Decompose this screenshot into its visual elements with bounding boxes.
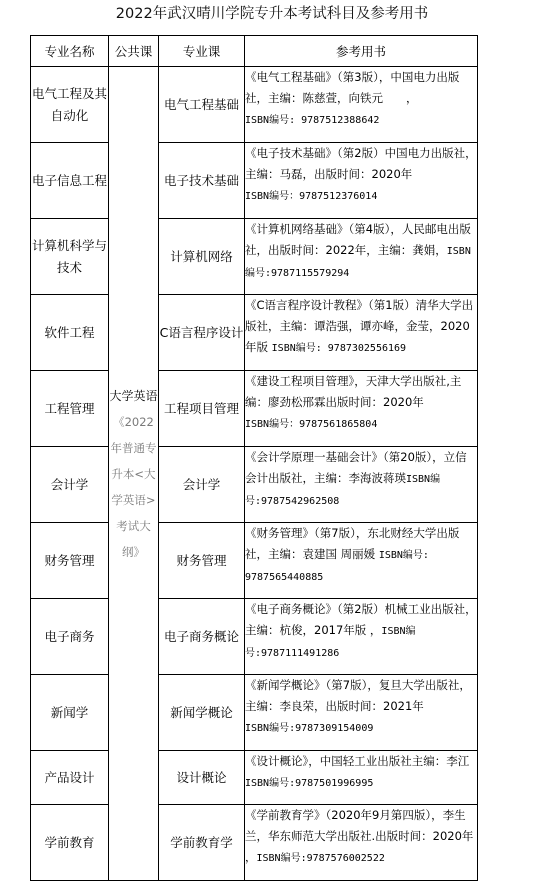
exam-subjects-table: 专业名称 公共课 专业课 参考用书 电气工程及其自动化 大学英语 《2022年普… xyxy=(30,35,478,881)
major-name: 电子商务 xyxy=(31,599,109,675)
reference-book-text: 《电子商务概论》（第2版）机械工业出版社，主编：杭俊，2017年版 ， xyxy=(245,602,477,637)
major-course: 电子商务概论 xyxy=(159,599,245,675)
reference-book-text: 《电气工程基础》（第3版），中国电力出版社，主编：陈慈萱，向铁元 ， xyxy=(245,70,459,105)
table-row: 产品设计 设计概论 《设计概论》，中国轻工业出版社主编：李江ISBN编号:978… xyxy=(31,751,478,805)
reference-book: 《C语言程序设计教程》（第1版）清华大学出版社，主编：谭浩强，谭亦峰，金莹，20… xyxy=(245,295,478,371)
isbn: ISBN编号：9787561865804 xyxy=(245,419,377,430)
major-course: 设计概论 xyxy=(159,751,245,805)
reference-book: 《电子商务概论》（第2版）机械工业出版社，主编：杭俊，2017年版 ，ISBN编… xyxy=(245,599,478,675)
reference-book: 《电气工程基础》（第3版），中国电力出版社，主编：陈慈萱，向铁元 ，ISBN编号… xyxy=(245,67,478,143)
table-row: 会计学 会计学 《会计学原理一基础会计》（第20版），立信会计出版社，主编：李海… xyxy=(31,447,478,523)
header-public-course: 公共课 xyxy=(109,36,159,67)
public-course-syllabus: 《2022年普通专升本<大学英语>考试大纲》 xyxy=(109,409,158,565)
reference-book-text: 《电子技术基础》（第2版）中国电力出版社，主编：马磊，出版时间：2020年 xyxy=(245,146,477,181)
table-row: 财务管理 财务管理 《财务管理》（第7版），东北财经大学出版社，主编：袁建国 周… xyxy=(31,523,478,599)
reference-book: 《学前教育学》（2020年9月第四版），李生兰，华东师范大学出版社.出版时间：2… xyxy=(245,805,478,881)
major-name: 学前教育 xyxy=(31,805,109,881)
isbn: ISBN编号:9787576002522 xyxy=(257,853,385,864)
major-course: 工程项目管理 xyxy=(159,371,245,447)
reference-book: 《新闻学概论》（第7版），复旦大学出版社，主编：李良荣，出版时间：2021年IS… xyxy=(245,675,478,751)
major-name: 计算机科学与技术 xyxy=(31,219,109,295)
reference-book: 《设计概论》，中国轻工业出版社主编：李江ISBN编号:9787501996995 xyxy=(245,751,478,805)
major-name: 会计学 xyxy=(31,447,109,523)
table-row: 电子商务 电子商务概论 《电子商务概论》（第2版）机械工业出版社，主编：杭俊，2… xyxy=(31,599,478,675)
major-name: 电子信息工程 xyxy=(31,143,109,219)
major-name: 电气工程及其自动化 xyxy=(31,67,109,143)
table-row: 电子信息工程 电子技术基础 《电子技术基础》（第2版）中国电力出版社，主编：马磊… xyxy=(31,143,478,219)
major-course: 学前教育学 xyxy=(159,805,245,881)
major-course: 财务管理 xyxy=(159,523,245,599)
major-course: C语言程序设计 xyxy=(159,295,245,371)
isbn: ISBN编号: 9787512388642 xyxy=(245,115,379,126)
table-row: 学前教育 学前教育学 《学前教育学》（2020年9月第四版），李生兰，华东师范大… xyxy=(31,805,478,881)
reference-book: 《财务管理》（第7版），东北财经大学出版社，主编：袁建国 周丽媛 ISBN编号:… xyxy=(245,523,478,599)
table-row: 工程管理 工程项目管理 《建设工程项目管理》，天津大学出版社,主编：廖劲松邢霖出… xyxy=(31,371,478,447)
isbn: ISBN编号：9787512376014 xyxy=(245,191,377,202)
major-name: 工程管理 xyxy=(31,371,109,447)
major-course: 会计学 xyxy=(159,447,245,523)
reference-book: 《会计学原理一基础会计》（第20版），立信会计出版社，主编：李海波蒋瑛ISBN编… xyxy=(245,447,478,523)
reference-book-text: 《新闻学概论》（第7版），复旦大学出版社，主编：李良荣，出版时间：2021年 xyxy=(245,678,471,713)
isbn: ISBN编号:9787501996995 xyxy=(245,778,373,789)
table-header-row: 专业名称 公共课 专业课 参考用书 xyxy=(31,36,478,67)
reference-book-text: 《计算机网络基础》（第4版），人民邮电出版社，出版时间：2022年，主编：龚娟， xyxy=(245,222,471,257)
major-name: 财务管理 xyxy=(31,523,109,599)
major-name: 新闻学 xyxy=(31,675,109,751)
header-major-course: 专业课 xyxy=(159,36,245,67)
table-row: 电气工程及其自动化 大学英语 《2022年普通专升本<大学英语>考试大纲》 电气… xyxy=(31,67,478,143)
reference-book: 《计算机网络基础》（第4版），人民邮电出版社，出版时间：2022年，主编：龚娟，… xyxy=(245,219,478,295)
public-course-name: 大学英语 xyxy=(109,383,158,409)
table-row: 新闻学 新闻学概论 《新闻学概论》（第7版），复旦大学出版社，主编：李良荣，出版… xyxy=(31,675,478,751)
isbn: ISBN编号:9787309154009 xyxy=(245,723,373,734)
document-title: 2022年武汉晴川学院专升本考试科目及参考用书 xyxy=(0,4,544,24)
header-reference-books: 参考用书 xyxy=(245,36,478,67)
header-major: 专业名称 xyxy=(31,36,109,67)
isbn: ISBN编号: 9787302556169 xyxy=(272,343,406,354)
major-course: 电子技术基础 xyxy=(159,143,245,219)
major-name: 产品设计 xyxy=(31,751,109,805)
major-name: 软件工程 xyxy=(31,295,109,371)
reference-book-text: 《建设工程项目管理》，天津大学出版社,主编：廖劲松邢霖出版时间：2020年 xyxy=(245,374,461,409)
table-row: 软件工程 C语言程序设计 《C语言程序设计教程》（第1版）清华大学出版社，主编：… xyxy=(31,295,478,371)
reference-book: 《建设工程项目管理》，天津大学出版社,主编：廖劲松邢霖出版时间：2020年ISB… xyxy=(245,371,478,447)
table-row: 计算机科学与技术 计算机网络 《计算机网络基础》（第4版），人民邮电出版社，出版… xyxy=(31,219,478,295)
public-course-cell: 大学英语 《2022年普通专升本<大学英语>考试大纲》 xyxy=(109,67,159,881)
reference-book-text: 《设计概论》，中国轻工业出版社主编：李江 xyxy=(245,754,469,768)
reference-book: 《电子技术基础》（第2版）中国电力出版社，主编：马磊，出版时间：2020年ISB… xyxy=(245,143,478,219)
major-course: 计算机网络 xyxy=(159,219,245,295)
major-course: 电气工程基础 xyxy=(159,67,245,143)
major-course: 新闻学概论 xyxy=(159,675,245,751)
